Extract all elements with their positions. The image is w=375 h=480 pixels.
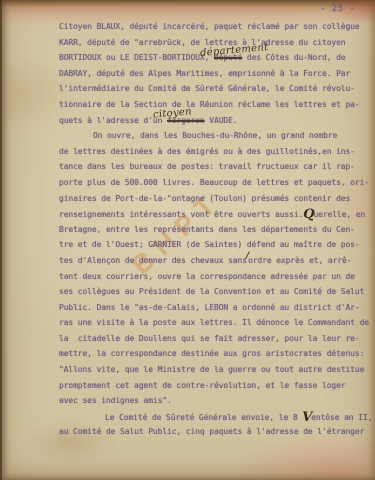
typed-text: au Comité de Salut Public, cinq paquets … (59, 427, 364, 436)
text-line: Le Comité de Sûreté Générale envoie, le … (59, 409, 375, 425)
typed-text: la citadelle de Doullens qui se fait adr… (59, 334, 360, 343)
text-line: promptement cet agent de contre-révoluti… (59, 378, 375, 394)
typed-text: VAUDE. (205, 116, 238, 125)
typed-text: tionnaire de la Section de la Réunion ré… (59, 100, 360, 109)
text-line: "Allons vite, que le Ministre de la guer… (59, 362, 375, 378)
text-line: tre et de l'Ouest; GARNIER (de Saintes) … (59, 237, 375, 253)
text-line: mettre, la correspondance destinée aux g… (59, 346, 375, 362)
typed-text: tes d'Alençon de donner des chevaux sans (59, 256, 247, 265)
text-line: DABRAY, député des Alpes Maritimes, empr… (59, 66, 375, 82)
typed-text: Citoyen BLAUX, député incarcéré, paquet … (59, 22, 360, 31)
typed-text: uerelle, en (313, 210, 365, 219)
text-line: tes d'Alençon de donner des chevaux sans… (59, 253, 375, 269)
page-left-edge-shadow (0, 0, 2, 480)
typed-text: tant deux courriers, ouvre la correspond… (59, 272, 355, 281)
typed-text: avec ses indignes amis". (59, 396, 172, 405)
scanned-document-page: - 25 - BHPT Citoyen BLAUX, député incarc… (0, 0, 375, 480)
page-number: - 25 - (320, 4, 356, 14)
typed-text: tre et de l'Ouest; GARNIER (de Saintes) … (59, 240, 360, 249)
typed-text: BORTIDOUX ou LE DEIST-BORTIDOUX, (59, 53, 214, 62)
text-line: Public. Dans le "as-de-Calais, LEBON a o… (59, 300, 375, 316)
text-line: BORTIDOUX ou LE DEIST-BORTIDOUX, députéd… (59, 50, 375, 66)
typed-text: tance dans les bureaux de postes: travai… (59, 162, 355, 171)
correction-group: députédépartement (214, 53, 242, 62)
typed-text: promptement cet agent de contre-révoluti… (59, 381, 345, 390)
typed-text: Le Comité de Sûreté Générale envoie, le … (105, 413, 302, 422)
text-line: tant deux courriers, ouvre la correspond… (59, 269, 375, 285)
text-line: porte plus de 500.000 livres. Beaucoup d… (59, 175, 375, 191)
typed-text: l'intermédiaire du Comité de Sûreté Géné… (59, 84, 355, 93)
typed-text: ordre exprès et, arrê- (248, 256, 351, 265)
text-line: tionnaire de la Section de la Réunion ré… (59, 97, 375, 113)
typed-text: Public. Dans le "as-de-Calais, LEBON a o… (59, 303, 360, 312)
text-line: renseignements intéressants vont être ou… (59, 206, 375, 222)
text-line: la citadelle de Doullens qui se fait adr… (59, 331, 375, 347)
ink-mark: ∕ (246, 251, 249, 261)
text-line: au Comité de Salut Public, cinq paquets … (59, 424, 375, 440)
text-line: ras une visite à la poste aux lettres. I… (59, 315, 375, 331)
text-line: On ouvre, dans les Bouches-du-Rhône, un … (59, 128, 375, 144)
text-line: avec ses indignes amis". (59, 393, 375, 409)
typed-text: entôse an II, (311, 413, 372, 422)
text-line: de lettres destinées à des émigrés ou à … (59, 144, 375, 160)
typed-text: de lettres destinées à des émigrés ou à … (59, 147, 355, 156)
handwritten-letter: Q (303, 207, 314, 222)
text-line: quets à l'adresse d'un forgeroncitoyen V… (59, 113, 375, 129)
typed-text: renseignements intéressants vont être ou… (59, 210, 303, 219)
text-line: tance dans les bureaux de postes: travai… (59, 159, 375, 175)
text-line: ses collègues au Président de la Convent… (59, 284, 375, 300)
text-line: l'intermédiaire du Comité de Sûreté Géné… (59, 81, 375, 97)
typed-text: Bretagne, entre les représentants dans l… (59, 225, 355, 234)
typed-text: "Allons vite, que le Ministre de la guer… (59, 365, 364, 374)
typed-text: ses collègues au Président de la Convent… (59, 287, 364, 296)
handwritten-letter: V (302, 410, 312, 425)
typed-text: On ouvre, dans les Bouches-du-Rhône, un … (93, 131, 337, 140)
correction-group: forgeroncitoyen (167, 116, 205, 125)
typed-text: porte plus de 500.000 livres. Beaucoup d… (59, 178, 369, 187)
handwritten-correction: citoyen (152, 104, 192, 123)
text-line: ginaires de Port-de-la-"ontagne (Toulon)… (59, 191, 375, 207)
text-line: Citoyen BLAUX, député incarcéré, paquet … (59, 19, 375, 35)
typed-text: ginaires de Port-de-la-"ontagne (Toulon)… (59, 194, 350, 203)
typed-text: quets à l'adresse d'un (59, 116, 167, 125)
typewritten-text-block: Citoyen BLAUX, député incarcéré, paquet … (59, 19, 375, 440)
text-line: Bretagne, entre les représentants dans l… (59, 222, 375, 238)
typed-text: mettre, la correspondance destinée aux g… (59, 349, 364, 358)
typed-text: DABRAY, député des Alpes Maritimes, empr… (59, 69, 350, 78)
typed-text: ras une visite à la poste aux lettres. I… (59, 318, 369, 327)
